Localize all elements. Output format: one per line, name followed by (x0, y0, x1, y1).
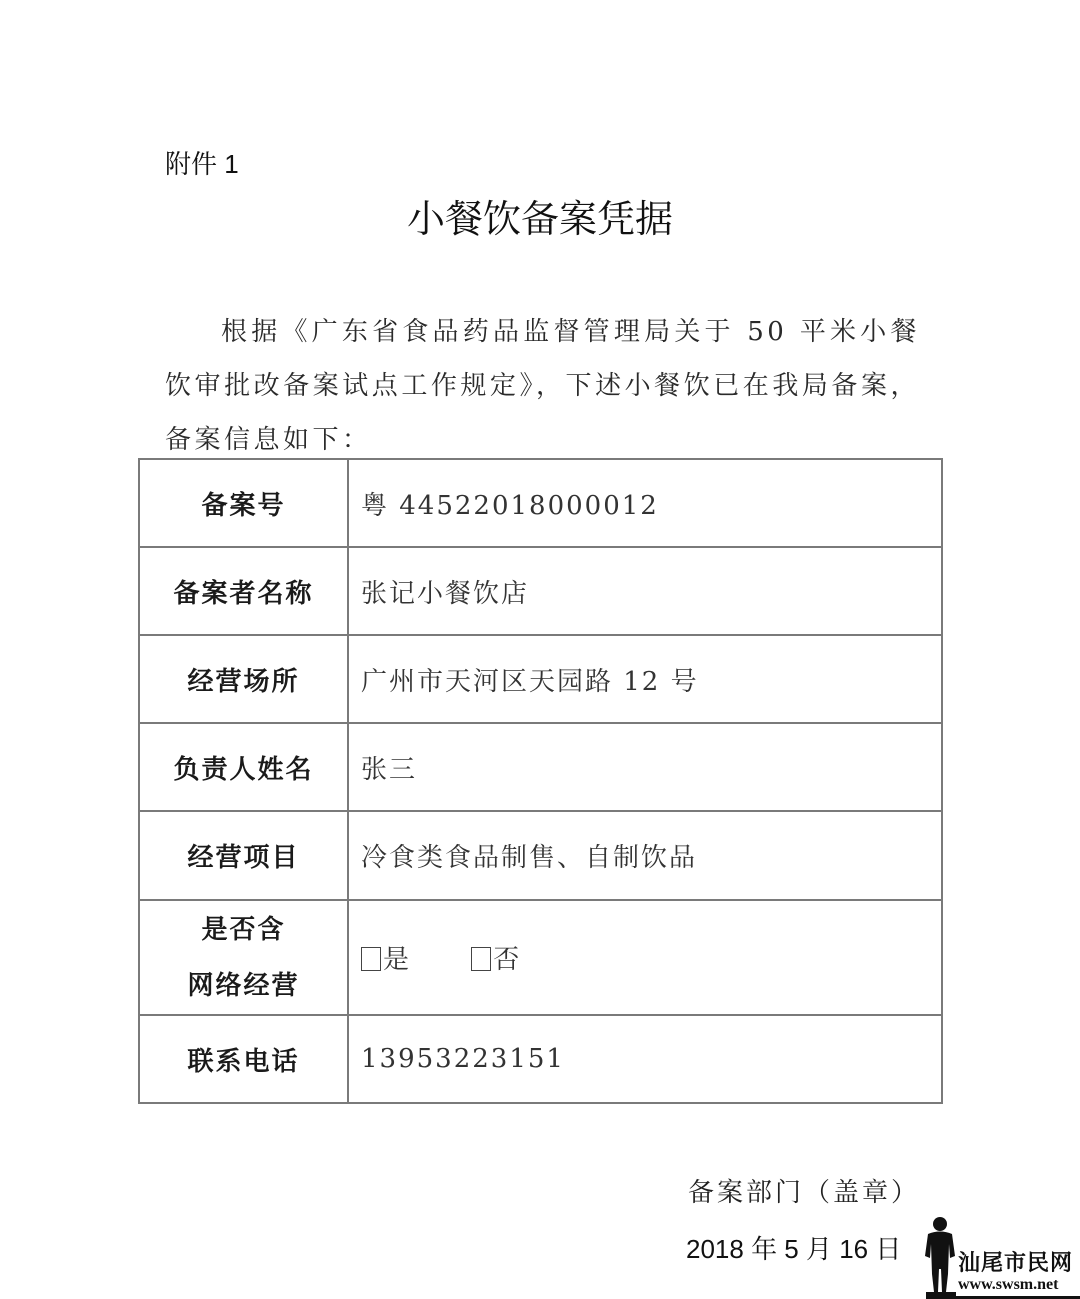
table-row: 联系电话 13953223151 (139, 1015, 942, 1103)
watermark-url: www.swsm.net (958, 1276, 1058, 1294)
option-no-label: 否 (493, 945, 521, 975)
row-value: 粤 44522018000012 (348, 459, 942, 547)
row-label: 负责人姓名 (139, 723, 348, 811)
row-value: 张记小餐饮店 (348, 547, 942, 635)
row-label: 经营场所 (139, 635, 348, 723)
table-row: 备案者名称 张记小餐饮店 (139, 547, 942, 635)
row-label-line2: 网络经营 (140, 958, 347, 1014)
row-value: 张三 (348, 723, 942, 811)
table-row: 负责人姓名 张三 (139, 723, 942, 811)
document-title: 小餐饮备案凭据 (0, 188, 1080, 243)
title-text: 小餐饮备案凭据 (407, 197, 673, 241)
row-label-line1: 是否含 (140, 902, 347, 958)
table-row: 经营场所 广州市天河区天园路 12 号 (139, 635, 942, 723)
attachment-label: 附件 1 (165, 144, 239, 181)
table-row: 是否含 网络经营 是 否 (139, 900, 942, 1015)
checkbox-no[interactable] (471, 947, 491, 971)
online-operation-options: 是 否 (348, 900, 942, 1015)
row-label: 联系电话 (139, 1015, 348, 1103)
row-label: 备案者名称 (139, 547, 348, 635)
intro-paragraph: 根据《广东省食品药品监督管理局关于 50 平米小餐饮审批改备案试点工作规定》，下… (165, 305, 920, 467)
row-label: 经营项目 (139, 811, 348, 900)
table-row: 经营项目 冷食类食品制售、自制饮品 (139, 811, 942, 900)
row-label: 备案号 (139, 459, 348, 547)
option-yes-label: 是 (383, 945, 411, 975)
table-row: 备案号 粤 44522018000012 (139, 459, 942, 547)
row-value: 广州市天河区天园路 12 号 (348, 635, 942, 723)
row-label: 是否含 网络经营 (139, 900, 348, 1015)
option-yes[interactable]: 是 (361, 939, 411, 976)
watermark-name: 汕尾市民网 (958, 1246, 1073, 1277)
record-table: 备案号 粤 44522018000012 备案者名称 张记小餐饮店 经营场所 广… (138, 458, 943, 1104)
row-value: 冷食类食品制售、自制饮品 (348, 811, 942, 900)
row-value: 13953223151 (348, 1015, 942, 1103)
option-no[interactable]: 否 (471, 939, 521, 976)
checkbox-yes[interactable] (361, 947, 381, 971)
issue-date: 2018 年 5 月 16 日 (686, 1229, 901, 1266)
department-seal-label: 备案部门（盖章） (688, 1172, 920, 1209)
